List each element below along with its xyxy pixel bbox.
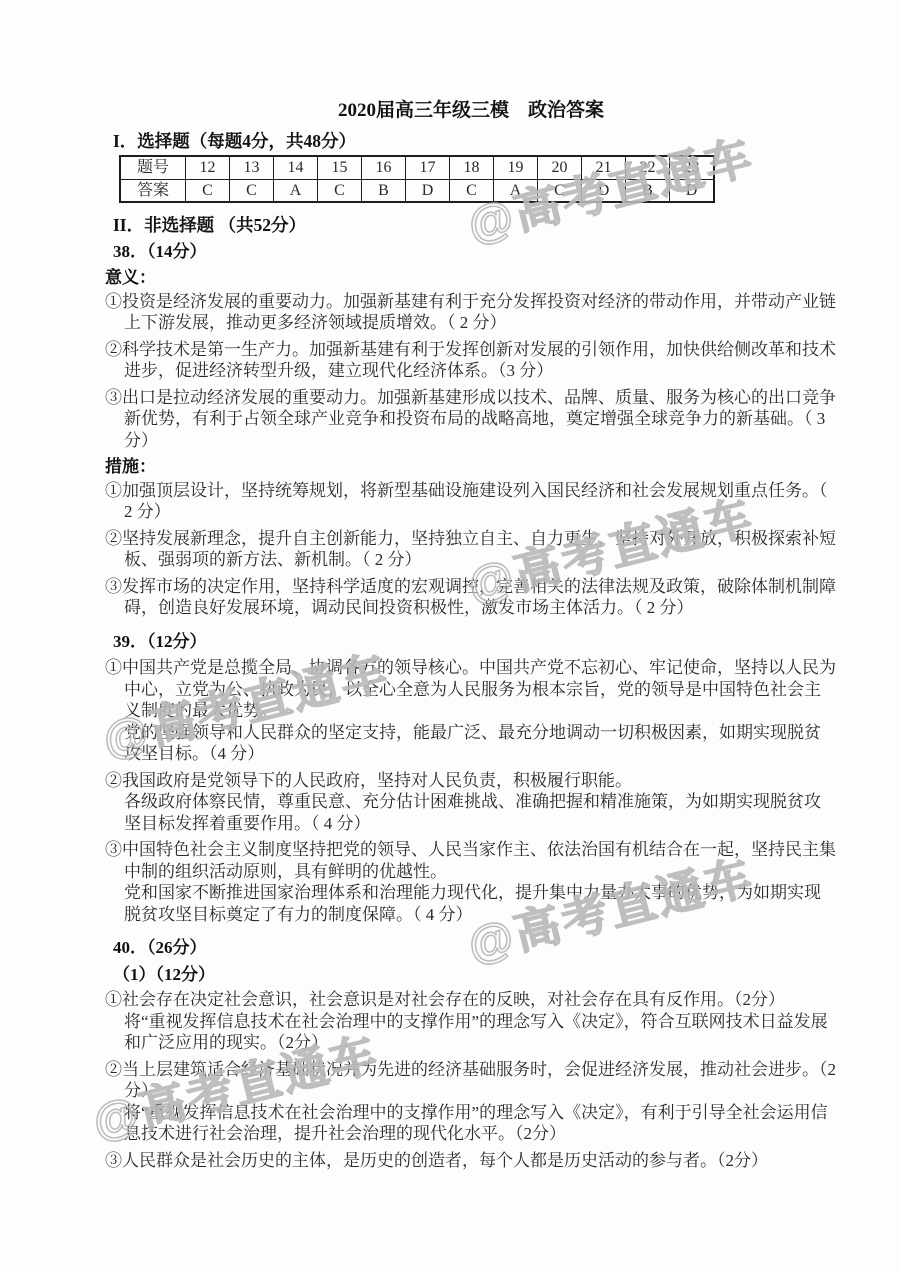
answer-cell: C [538,179,582,202]
question-number-cell: 23 [670,156,715,179]
q38-meaning-item-2: ②科学技术是第一生产力。加强新基建有利于发挥创新对发展的引领作用，加快供给侧改革… [105,339,837,382]
answer-cell: C [318,179,362,202]
question-number-cell: 20 [538,156,582,179]
q38-measures-label: 措施： [105,456,837,478]
question-number-cell: 21 [582,156,626,179]
section2-heading: II．非选择题 （共52分） [113,215,837,237]
document-content: 2020届高三年级三模 政治答案 I．选择题（每题4分，共48分） 题号 12 … [105,100,837,1176]
q39-heading: 39．（12分） [113,631,837,653]
answer-table: 题号 12 13 14 15 16 17 18 19 20 21 22 23 答… [119,155,715,203]
answer-cell: B [626,179,670,202]
q40-part1-heading: （1）（12分） [113,964,837,986]
section1-heading: I．选择题（每题4分，共48分） [113,131,837,153]
answer-cell: A [494,179,538,202]
answer-cell: D [406,179,450,202]
answer-cell: C [186,179,230,202]
q40-item-1-main: ①社会存在决定社会意识，社会意识是对社会存在的反映，对社会存在具有反作用。（2分… [105,989,837,1011]
question-number-cell: 22 [626,156,670,179]
question-number-cell: 12 [186,156,230,179]
answer-cell: C [230,179,274,202]
q38-meaning-item-1: ①投资是经济发展的重要动力。加强新基建有利于充分发挥投资对经济的带动作用，并带动… [105,291,837,334]
answer-row: 答案 C C A C B D C A C D B D [120,179,714,202]
q40-item-2-sub: 将“重视发挥信息技术在社会治理中的支撑作用”的理念写入《决定》，有利于引导全社会… [124,1102,837,1145]
question-number-cell: 13 [230,156,274,179]
q40-item-2-main: ②当上层建筑适合经济基础状况并为先进的经济基础服务时，会促进经济发展，推动社会进… [105,1059,837,1102]
q38-measures-item-1: ①加强顶层设计，坚持统筹规划，将新型基础设施建设列入国民经济和社会发展规划重点任… [105,480,837,523]
question-number-cell: 19 [494,156,538,179]
q38-measures-item-3: ③发挥市场的决定作用，坚持科学适度的宏观调控，完善相关的法律法规及政策，破除体制… [105,576,837,619]
answer-cell: C [450,179,494,202]
q40-item-3-main: ③人民群众是社会历史的主体，是历史的创造者，每个人都是历史活动的参与者。（2分） [105,1150,837,1172]
answer-cell: D [670,179,715,202]
q40-heading: 40．（26分） [113,937,837,959]
q39-item-3-main: ③中国特色社会主义制度坚持把党的领导、人民当家作主、依法治国有机结合在一起，坚持… [105,839,837,882]
question-number-cell: 15 [318,156,362,179]
q39-item-1-main: ①中国共产党是总揽全局、协调各方的领导核心。中国共产党不忘初心、牢记使命，坚持以… [105,657,837,722]
q39-item-2-main: ②我国政府是党领导下的人民政府，坚持对人民负责，积极履行职能。 [105,770,837,792]
answer-cell: B [362,179,406,202]
question-number-cell: 14 [274,156,318,179]
q39-item-3-sub: 党和国家不断推进国家治理体系和治理能力现代化，提升集中力量办大事的优势，为如期实… [124,882,837,925]
answer-cell: A [274,179,318,202]
row-header-cell: 答案 [120,179,186,202]
question-number-cell: 18 [450,156,494,179]
question-number-row: 题号 12 13 14 15 16 17 18 19 20 21 22 23 [120,156,714,179]
q39-item-2-sub: 各级政府体察民情，尊重民意、充分估计困难挑战、准确把握和精准施策，为如期实现脱贫… [124,791,837,834]
q38-heading: 38．（14分） [113,241,837,263]
answer-cell: D [582,179,626,202]
question-number-cell: 16 [362,156,406,179]
page-title: 2020届高三年级三模 政治答案 [105,100,837,122]
q38-meaning-item-3: ③出口是拉动经济发展的重要动力。加强新基建形成以技术、品牌、质量、服务为核心的出… [105,387,837,452]
scanned-answer-sheet: @高考直通车 @高考直通车 @高考直通车 @高考直通车 @高考直通车 2020届… [0,0,900,1272]
q40-item-1-sub: 将“重视发挥信息技术在社会治理中的支撑作用”的理念写入《决定》，符合互联网技术日… [124,1011,837,1054]
question-number-cell: 17 [406,156,450,179]
q39-item-1-sub: 党的坚强领导和人民群众的坚定支持，能最广泛、最充分地调动一切积极因素，如期实现脱… [124,722,837,765]
q38-measures-item-2: ②坚持发展新理念，提升自主创新能力，坚持独立自主、自力更生，坚持对外开放，积极探… [105,528,837,571]
q38-meaning-label: 意义： [105,267,837,289]
row-header-cell: 题号 [120,156,186,179]
